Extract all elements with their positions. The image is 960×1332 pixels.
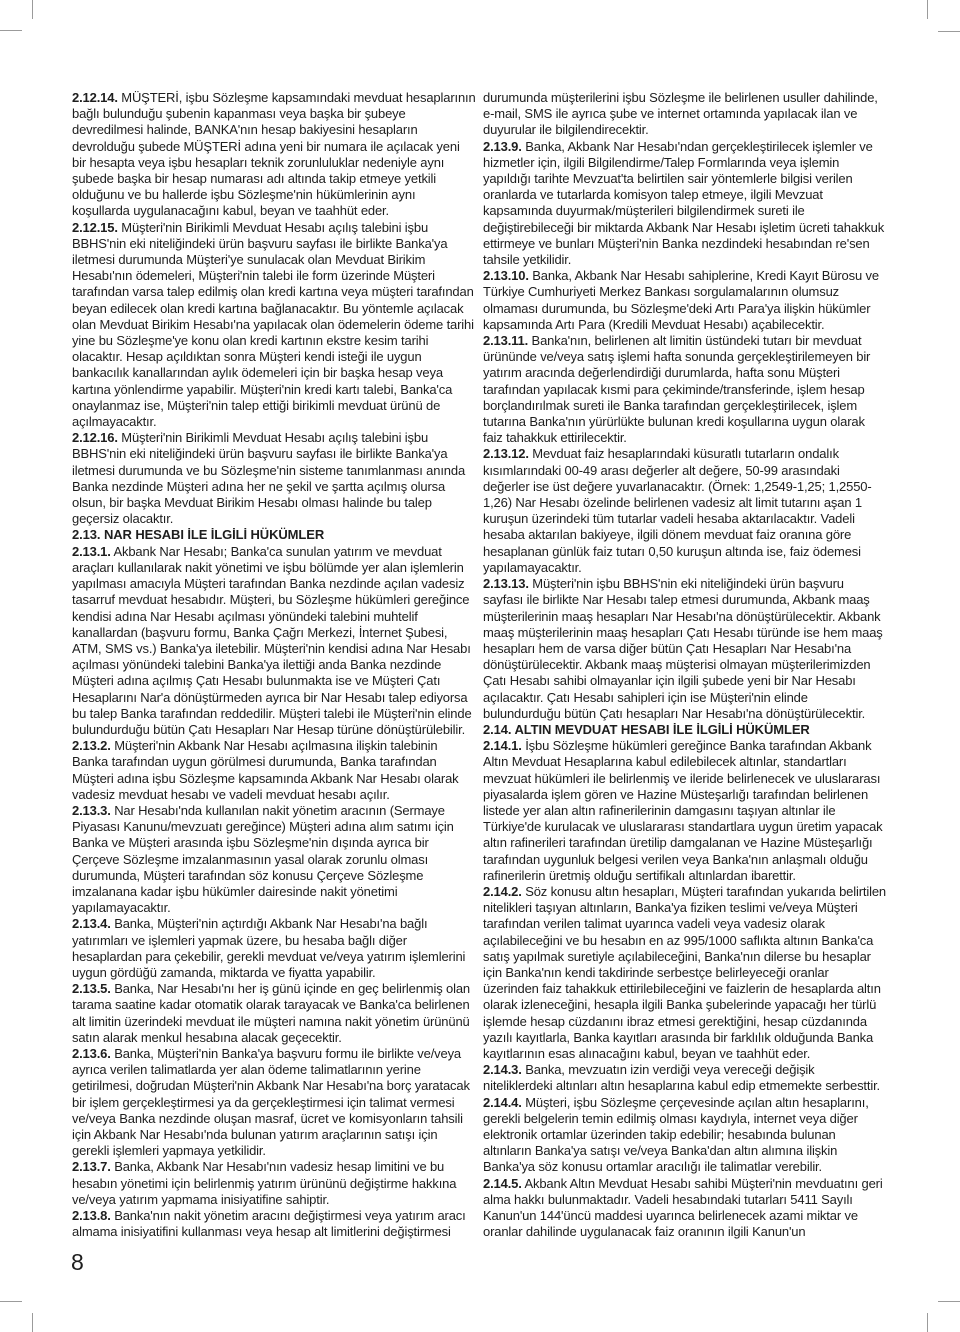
clause-text: Söz konusu altın hesapları, Müşteri tara… xyxy=(483,884,886,1061)
clause-number: 2.13.12. xyxy=(483,446,529,461)
clause-paragraph: 2.14.5. Akbank Altın Mevduat Hesabı sahi… xyxy=(483,1176,887,1241)
clause-number: 2.13.9. xyxy=(483,139,522,154)
clause-paragraph: 2.13.5. Banka, Nar Hesabı'nı her iş günü… xyxy=(72,981,476,1046)
clause-text: Banka, Müşteri'nin açtırdığı Akbank Nar … xyxy=(72,916,465,980)
clause-paragraph: 2.13.4. Banka, Müşteri'nin açtırdığı Akb… xyxy=(72,916,476,981)
crop-mark-top-right-horizontal xyxy=(938,31,960,32)
clause-number: 2.13.1. xyxy=(72,544,111,559)
clause-paragraph: 2.13.13. Müşteri'nin işbu BBHS'nin eki n… xyxy=(483,576,887,722)
clause-text: Banka, mevzuatın izin verdiği veya verec… xyxy=(483,1062,880,1093)
clause-number: 2.13.5. xyxy=(72,981,111,996)
clause-number: 2.14.3. xyxy=(483,1062,522,1077)
clause-number: 2.13.13. xyxy=(483,576,529,591)
clause-number: 2.14. xyxy=(483,722,511,737)
clause-number: 2.13.11. xyxy=(483,333,528,348)
clause-text: Mevduat faiz hesaplarındaki küsuratlı tu… xyxy=(483,446,872,574)
clause-paragraph: 2.14.1. İşbu Sözleşme hükümleri gereğinc… xyxy=(483,738,887,884)
contract-page: 2.12.14. MÜŞTERİ, işbu Sözleşme kapsamın… xyxy=(0,0,960,1332)
clause-text: Banka'nın, belirlenen alt limitin üstünd… xyxy=(483,333,870,445)
clause-text: Akbank Nar Hesabı; Banka'ca sunulan yatı… xyxy=(72,544,472,737)
clause-paragraph: 2.13.9. Banka, Akbank Nar Hesabı'ndan ge… xyxy=(483,139,887,269)
clause-paragraph: 2.12.15. Müşteri'nin Birikimli Mevduat H… xyxy=(72,220,476,431)
clause-paragraph: 2.12.14. MÜŞTERİ, işbu Sözleşme kapsamın… xyxy=(72,90,476,220)
clause-text: Banka, Nar Hesabı'nı her iş günü içinde … xyxy=(72,981,470,1045)
clause-number: 2.13.2. xyxy=(72,738,111,753)
clause-text: Müşteri'nin Birikimli Mevduat Hesabı açı… xyxy=(72,220,474,429)
section-heading: 2.14. ALTIN MEVDUAT HESABI İLE İLGİLİ HÜ… xyxy=(483,722,887,738)
clause-text: Müşteri'nin işbu BBHS'nin eki niteliğind… xyxy=(483,576,883,721)
clause-number: 2.14.4. xyxy=(483,1095,522,1110)
clause-number: 2.13. xyxy=(72,527,100,542)
clause-text: Banka, Akbank Nar Hesabı'ndan gerçekleşt… xyxy=(483,139,884,267)
crop-mark-bottom-left-vertical xyxy=(32,1313,33,1332)
clause-number: 2.13.8. xyxy=(72,1208,111,1223)
clause-number: 2.12.16. xyxy=(72,430,118,445)
clause-text: ALTIN MEVDUAT HESABI İLE İLGİLİ HÜKÜMLER xyxy=(514,722,809,737)
page-number: 8 xyxy=(71,1247,84,1277)
clause-text: durumunda müşterilerini işbu Sözleşme il… xyxy=(483,90,878,137)
clause-paragraph: 2.14.4. Müşteri, işbu Sözleşme çerçevesi… xyxy=(483,1095,887,1176)
clause-text: Akbank Altın Mevduat Hesabı sahibi Müşte… xyxy=(483,1176,883,1240)
clause-number: 2.13.6. xyxy=(72,1046,111,1061)
clause-text: Müşteri'nin Birikimli Mevduat Hesabı açı… xyxy=(72,430,465,526)
clause-paragraph: 2.13.3. Nar Hesabı'nda kullanılan nakit … xyxy=(72,803,476,916)
clause-text: Müşteri'nin Akbank Nar Hesabı açılmasına… xyxy=(72,738,459,802)
clause-paragraph: 2.14.2. Söz konusu altın hesapları, Müşt… xyxy=(483,884,887,1062)
clause-number: 2.12.15. xyxy=(72,220,118,235)
clause-text: Banka, Akbank Nar Hesabı sahiplerine, Kr… xyxy=(483,268,879,332)
clause-number: 2.14.5. xyxy=(483,1176,522,1191)
crop-mark-top-left-vertical xyxy=(32,0,33,19)
clause-text: Banka, Akbank Nar Hesabı'nın vadesiz hes… xyxy=(72,1159,456,1206)
clause-text: İşbu Sözleşme hükümleri gereğince Banka … xyxy=(483,738,883,883)
clause-paragraph: durumunda müşterilerini işbu Sözleşme il… xyxy=(483,90,887,139)
clause-number: 2.13.3. xyxy=(72,803,111,818)
crop-mark-bottom-left-horizontal xyxy=(0,1301,22,1302)
clause-number: 2.14.2. xyxy=(483,884,522,899)
clause-paragraph: 2.13.2. Müşteri'nin Akbank Nar Hesabı aç… xyxy=(72,738,476,803)
clause-number: 2.13.7. xyxy=(72,1159,111,1174)
clause-text: Banka'nın nakit yönetim aracını değiştir… xyxy=(72,1208,466,1239)
clause-paragraph: 2.13.7. Banka, Akbank Nar Hesabı'nın vad… xyxy=(72,1159,476,1208)
crop-mark-top-left-horizontal xyxy=(0,30,22,31)
crop-mark-top-right-vertical xyxy=(927,0,928,19)
text-column-right: durumunda müşterilerini işbu Sözleşme il… xyxy=(483,90,887,1240)
clause-text: NAR HESABI İLE İLGİLİ HÜKÜMLER xyxy=(104,527,324,542)
clause-text: MÜŞTERİ, işbu Sözleşme kapsamındaki mevd… xyxy=(72,90,476,218)
clause-paragraph: 2.14.3. Banka, mevzuatın izin verdiği ve… xyxy=(483,1062,887,1094)
clause-paragraph: 2.13.1. Akbank Nar Hesabı; Banka'ca sunu… xyxy=(72,544,476,738)
crop-mark-bottom-right-vertical xyxy=(927,1313,928,1332)
clause-paragraph: 2.13.8. Banka'nın nakit yönetim aracını … xyxy=(72,1208,476,1240)
clause-number: 2.13.4. xyxy=(72,916,111,931)
clause-paragraph: 2.12.16. Müşteri'nin Birikimli Mevduat H… xyxy=(72,430,476,527)
clause-paragraph: 2.13.11. Banka'nın, belirlenen alt limit… xyxy=(483,333,887,446)
clause-number: 2.14.1. xyxy=(483,738,522,753)
clause-number: 2.12.14. xyxy=(72,90,118,105)
clause-paragraph: 2.13.12. Mevduat faiz hesaplarındaki küs… xyxy=(483,446,887,576)
section-heading: 2.13. NAR HESABI İLE İLGİLİ HÜKÜMLER xyxy=(72,527,476,543)
clause-number: 2.13.10. xyxy=(483,268,529,283)
clause-paragraph: 2.13.10. Banka, Akbank Nar Hesabı sahipl… xyxy=(483,268,887,333)
text-column-left: 2.12.14. MÜŞTERİ, işbu Sözleşme kapsamın… xyxy=(72,90,476,1240)
clause-paragraph: 2.13.6. Banka, Müşteri'nin Banka'ya başv… xyxy=(72,1046,476,1159)
clause-text: Nar Hesabı'nda kullanılan nakit yönetim … xyxy=(72,803,454,915)
clause-text: Müşteri, işbu Sözleşme çerçevesinde açıl… xyxy=(483,1095,869,1175)
crop-mark-bottom-right-horizontal xyxy=(938,1301,960,1302)
clause-text: Banka, Müşteri'nin Banka'ya başvuru form… xyxy=(72,1046,470,1158)
